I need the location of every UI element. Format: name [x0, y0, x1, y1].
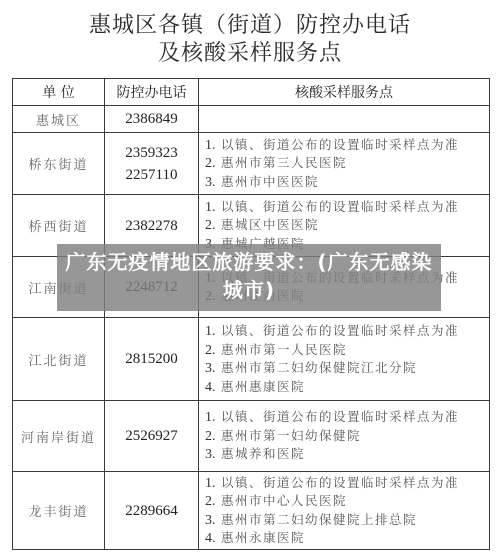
item-number: 1. — [205, 476, 216, 491]
sampling-points-cell: 1. 以镇、街道公布的设置临时采样点为准2. 惠州市第一人民医院3. 惠州市第二… — [199, 318, 490, 401]
item-text: 惠州永康医院 — [221, 530, 305, 545]
item-number: 2. — [205, 218, 216, 233]
item-text: 以镇、街道公布的设置临时采样点为准 — [221, 409, 459, 424]
item-text: 以镇、街道公布的设置临时采样点为准 — [221, 137, 459, 152]
sampling-points-cell: 1. 以镇、街道公布的设置临时采样点为准2. 惠州市第一妇幼保健院3. 惠城养和… — [199, 401, 490, 472]
header-sampling-points: 核酸采样服务点 — [199, 79, 490, 106]
item-text: 惠州市第二妇幼保健院上排总院 — [221, 512, 417, 527]
sampling-point-item: 3. 惠城养和医院 — [205, 445, 489, 464]
document-title-line2: 及核酸采样服务点 — [0, 36, 500, 67]
sampling-point-item: 2. 惠州市第三人民医院 — [205, 154, 489, 173]
item-text: 以镇、街道公布的设置临时采样点为准 — [221, 323, 459, 338]
sampling-point-item: 3. 惠州市第二妇幼保健院上排总院 — [205, 511, 489, 530]
item-number: 2. — [205, 156, 216, 171]
item-text: 惠州市中医医院 — [221, 174, 319, 189]
sampling-point-item: 1. 以镇、街道公布的设置临时采样点为准 — [205, 198, 489, 217]
table-row: 河南岸街道25269271. 以镇、街道公布的设置临时采样点为准2. 惠州市第一… — [13, 401, 490, 472]
header-phone: 防控办电话 — [105, 79, 199, 106]
document-title-line1: 惠城区各镇（街道）防控办电话 — [0, 8, 500, 39]
phone-cell: 2386849 — [105, 106, 199, 133]
unit-cell: 龙丰街道 — [13, 472, 105, 550]
header-unit: 单 位 — [13, 79, 105, 106]
sampling-point-item: 2. 惠州市中心人民医院 — [205, 492, 489, 511]
item-number: 3. — [205, 447, 216, 462]
sampling-point-item: 1. 以镇、街道公布的设置临时采样点为准 — [205, 408, 489, 427]
item-text: 以镇、街道公布的设置临时采样点为准 — [221, 199, 459, 214]
phone-cell: 2815200 — [105, 318, 199, 401]
unit-cell: 桥东街道 — [13, 133, 105, 195]
phone-cell: 2526927 — [105, 401, 199, 472]
phone-number: 2257110 — [105, 164, 198, 186]
item-number: 1. — [205, 410, 216, 425]
item-number: 2. — [205, 494, 216, 509]
item-text: 惠城区中医医院 — [221, 217, 319, 232]
phone-cell: 23593232257110 — [105, 133, 199, 195]
item-number: 2. — [205, 343, 216, 358]
sampling-point-item: 1. 以镇、街道公布的设置临时采样点为准 — [205, 136, 489, 155]
sampling-point-item: 3. 惠州市第二妇幼保健院江北分院 — [205, 359, 489, 378]
item-number: 1. — [205, 200, 216, 215]
sampling-point-item: 4. 惠州永康医院 — [205, 529, 489, 548]
phone-number: 2815200 — [105, 348, 198, 370]
unit-cell: 江北街道 — [13, 318, 105, 401]
item-number: 2. — [205, 429, 216, 444]
item-number: 4. — [205, 380, 216, 395]
sampling-point-item: 1. 以镇、街道公布的设置临时采样点为准 — [205, 322, 489, 341]
sampling-points-cell: 1. 以镇、街道公布的设置临时采样点为准2. 惠州市第三人民医院3. 惠州市中医… — [199, 133, 490, 195]
item-text: 惠州惠康医院 — [221, 379, 305, 394]
phone-number: 2526927 — [105, 425, 198, 447]
sampling-point-item: 2. 惠城区中医医院 — [205, 216, 489, 235]
table-row: 桥东街道235932322571101. 以镇、街道公布的设置临时采样点为准2.… — [13, 133, 490, 195]
sampling-point-item: 1. 以镇、街道公布的设置临时采样点为准 — [205, 474, 489, 493]
item-text: 惠州市第三人民医院 — [221, 155, 347, 170]
table-header-row: 单 位 防控办电话 核酸采样服务点 — [13, 79, 490, 106]
sampling-point-item: 2. 惠州市第一人民医院 — [205, 341, 489, 360]
contact-table: 单 位 防控办电话 核酸采样服务点 惠城区2386849桥东街道23593232… — [12, 78, 490, 550]
table-row: 龙丰街道22896641. 以镇、街道公布的设置临时采样点为准2. 惠州市中心人… — [13, 472, 490, 550]
item-text: 惠城养和医院 — [221, 446, 305, 461]
phone-cell: 2289664 — [105, 472, 199, 550]
sampling-point-item: 3. 惠州市中医医院 — [205, 173, 489, 192]
item-number: 4. — [205, 531, 216, 546]
unit-cell: 河南岸街道 — [13, 401, 105, 472]
sampling-points-cell: 1. 以镇、街道公布的设置临时采样点为准2. 惠州市中心人民医院3. 惠州市第二… — [199, 472, 490, 550]
overlay-caption: 广东无疫情地区旅游要求：(广东无感染城市) — [57, 248, 441, 304]
unit-cell: 惠城区 — [13, 106, 105, 133]
phone-number: 2359323 — [105, 142, 198, 164]
phone-number: 2382278 — [105, 215, 198, 237]
phone-number: 2386849 — [105, 108, 198, 130]
item-number: 3. — [205, 175, 216, 190]
item-text: 以镇、街道公布的设置临时采样点为准 — [221, 475, 459, 490]
sampling-points-cell — [199, 106, 490, 133]
table-row: 江北街道28152001. 以镇、街道公布的设置临时采样点为准2. 惠州市第一人… — [13, 318, 490, 401]
sampling-point-item: 2. 惠州市第一妇幼保健院 — [205, 427, 489, 446]
table-row: 惠城区2386849 — [13, 106, 490, 133]
item-text: 惠州市第一人民医院 — [221, 342, 347, 357]
item-number: 1. — [205, 324, 216, 339]
item-number: 3. — [205, 361, 216, 376]
phone-number: 2289664 — [105, 500, 198, 522]
item-text: 惠州市第一妇幼保健院 — [221, 428, 361, 443]
item-text: 惠州市中心人民医院 — [221, 493, 347, 508]
item-number: 3. — [205, 513, 216, 528]
item-number: 1. — [205, 138, 216, 153]
caption-overlay: 广东无疫情地区旅游要求：(广东无感染城市) — [57, 244, 441, 311]
sampling-point-item: 4. 惠州惠康医院 — [205, 378, 489, 397]
item-text: 惠州市第二妇幼保健院江北分院 — [221, 360, 417, 375]
